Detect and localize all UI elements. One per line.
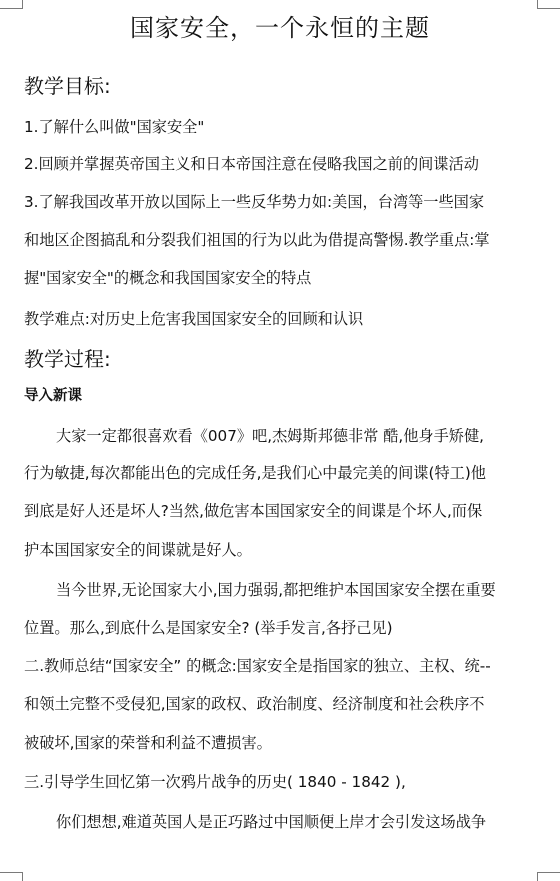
- paragraph-line: 你们想想,难道英国人是正巧路过中国顺便上岸才会引发这场战争: [56, 812, 486, 832]
- paragraph-line: 到底是好人还是坏人?当然,做危害本国国家安全的间谍是个坏人,而保: [24, 501, 482, 521]
- teaching-difficulty: 教学难点:对历史上危害我国国家安全的回顾和认识: [24, 309, 363, 329]
- objective-item: 和地区企图搞乱和分裂我们祖国的行为以此为借提高警惕.教学重点:掌: [24, 230, 490, 250]
- objective-item: 握"国家安全"的概念和我国国家安全的特点: [24, 268, 311, 288]
- process-heading: 教学过程:: [24, 346, 111, 372]
- document-title: 国家安全，一个永恒的主题: [24, 12, 536, 44]
- page-corner-mark-top-right: [537, 0, 560, 9]
- paragraph-line: 和领土完整不受侵犯,国家的政权、政治制度、经济制度和社会秩序不: [24, 694, 484, 714]
- objective-item: 1.了解什么叫做"国家安全": [24, 117, 204, 137]
- page-corner-mark-bottom-right: [537, 872, 560, 881]
- paragraph-line: 三.引导学生回忆第一次鸦片战争的历史( 1840 - 1842 ),: [24, 772, 406, 792]
- paragraph-line: 被破坏,国家的荣誉和利益不遭损害。: [24, 733, 272, 753]
- objective-item: 3.了解我国改革开放以国际上一些反华势力如:美国，台湾等一些国家: [24, 192, 484, 212]
- objective-item: 2.回顾并掌握英帝国主义和日本帝国注意在侵略我国之前的间谍活动: [24, 154, 479, 174]
- intro-heading: 导入新课: [24, 386, 82, 406]
- paragraph-line: 护本国国家安全的间谍就是好人。: [24, 540, 252, 560]
- page-corner-mark-bottom-left: [0, 872, 23, 881]
- paragraph-line: 位置。那么,到底什么是国家安全? (举手发言,各抒己见): [24, 618, 393, 638]
- paragraph-line: 行为敏捷,每次都能出色的完成任务,是我们心中最完美的间谍(特工)他: [24, 463, 486, 483]
- paragraph-line: 大家一定都很喜欢看《007》吧,杰姆斯邦德非常 酷,他身手矫健,: [56, 426, 484, 446]
- page-corner-mark-top-left: [0, 0, 23, 9]
- paragraph-line: 二.教师总结“国家安全” 的概念:国家安全是指国家的独立、主权、统--: [24, 656, 491, 676]
- paragraph-line: 当今世界,无论国家大小,国力强弱,都把维护本国国家安全摆在重要: [56, 580, 496, 600]
- objectives-heading: 教学目标:: [24, 73, 111, 99]
